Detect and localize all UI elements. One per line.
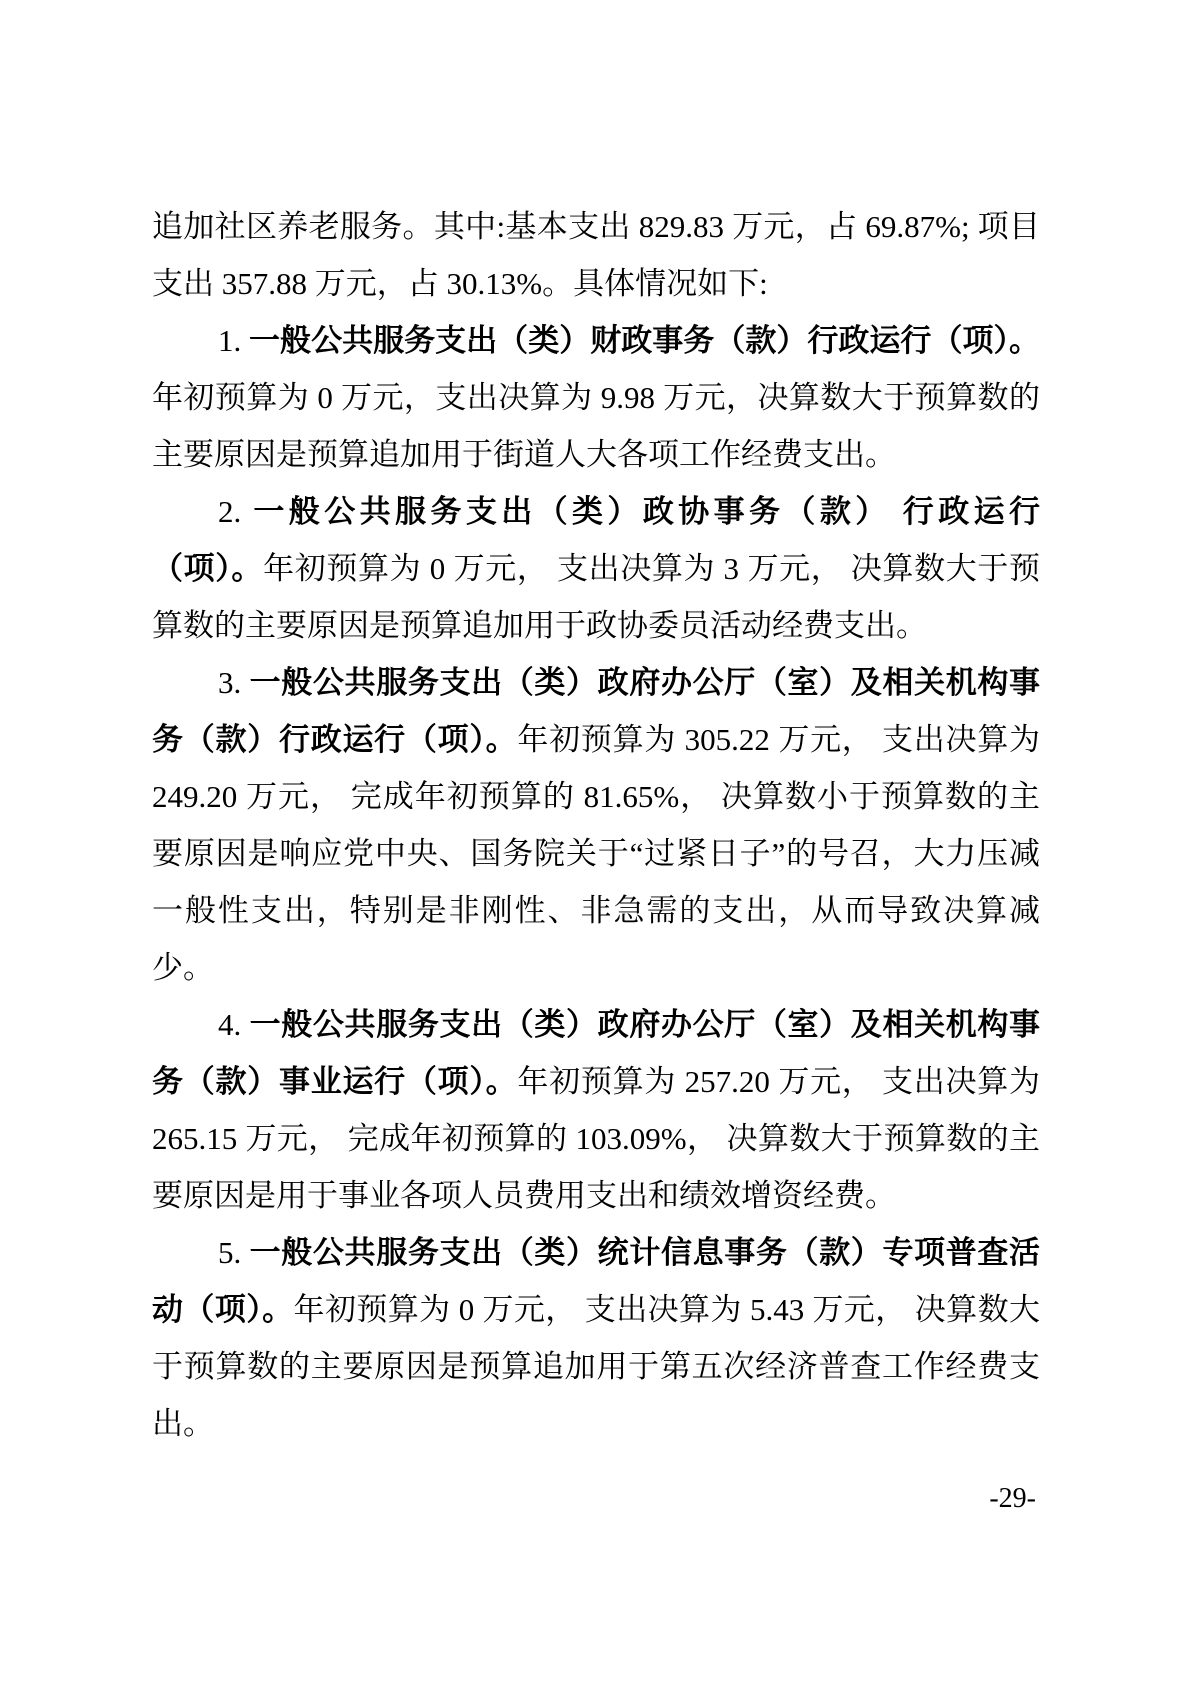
paragraph-text: 年初预算为 305.22 万元， 支出决算为 249.20 万元， 完成年初预算… [152,722,1040,985]
budget-item-title: 一般公共服务支出（类）财政事务（款）行政运行（项）。 [249,323,1040,358]
paragraph-text: 4. [218,1007,250,1042]
budget-item-2: 2. 一般公共服务支出（类）政协事务（款） 行政运行（项）。年初预算为 0 万元… [152,483,1040,654]
paragraph-text: 年初预算为 0 万元， 支出决算为 3 万元， 决算数大于预算数的主要原因是预算… [152,551,1040,643]
budget-item-1: 1. 一般公共服务支出（类）财政事务（款）行政运行（项）。年初预算为 0 万元，… [152,312,1040,483]
document-body: 追加社区养老服务。其中:基本支出 829.83 万元，占 69.87%; 项目支… [152,198,1040,1452]
document-page: 追加社区养老服务。其中:基本支出 829.83 万元，占 69.87%; 项目支… [0,0,1190,1683]
paragraph-text: 5. [218,1235,250,1270]
intro-paragraph: 追加社区养老服务。其中:基本支出 829.83 万元，占 69.87%; 项目支… [152,198,1040,312]
paragraph-text: 2. [218,494,253,529]
paragraph-text: 追加社区养老服务。其中:基本支出 829.83 万元，占 69.87%; 项目支… [152,209,1040,301]
budget-item-4: 4. 一般公共服务支出（类）政府办公厅（室）及相关机构事务（款）事业运行（项）。… [152,996,1040,1224]
budget-item-3: 3. 一般公共服务支出（类）政府办公厅（室）及相关机构事务（款）行政运行（项）。… [152,654,1040,996]
page-number: -29- [989,1482,1036,1516]
paragraph-text: 年初预算为 0 万元，支出决算为 9.98 万元，决算数大于预算数的主要原因是预… [152,380,1040,472]
budget-item-5: 5. 一般公共服务支出（类）统计信息事务（款）专项普查活动（项）。年初预算为 0… [152,1224,1040,1452]
paragraph-text: 3. [218,665,250,700]
paragraph-text: 1. [218,323,249,358]
